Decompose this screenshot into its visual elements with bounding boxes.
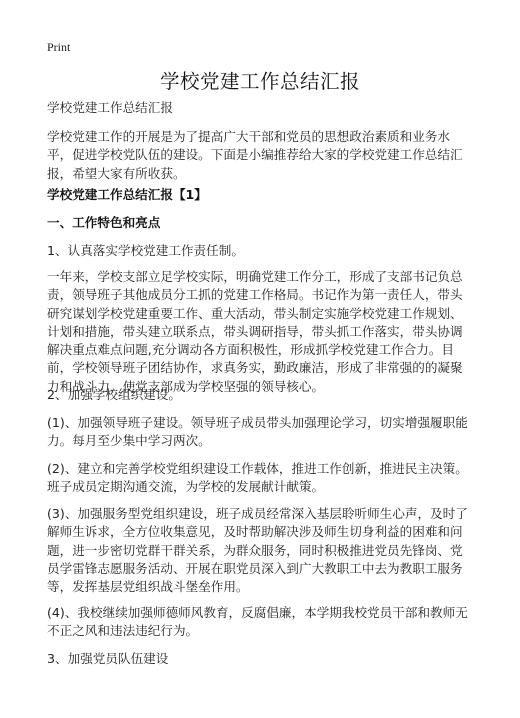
item-1-body: 一年来，学校支部立足学校实际，明确党建工作分工，形成了支部书记负总责，领导班子其… bbox=[47, 268, 472, 396]
part-heading: 一、工作特色和亮点 bbox=[47, 214, 472, 232]
item-3-heading: 3、加强党员队伍建设 bbox=[47, 650, 472, 668]
document-subtitle: 学校党建工作总结汇报 bbox=[47, 99, 472, 117]
section-heading: 学校党建工作总结汇报【1】 bbox=[47, 186, 472, 204]
item-1-heading: 1、认真落实学校党建工作责任制。 bbox=[47, 242, 472, 260]
intro-paragraph: 学校党建工作的开展是为了提高广大干部和党员的思想政治素质和业务水平，促进学校党队… bbox=[47, 128, 472, 183]
item-2-1: (1)、加强领导班子建设。领导班子成员带头加强理论学习，切实增强履职能力。每月至… bbox=[47, 414, 472, 451]
item-2-4: (4)、我校继续加强师德师风教育，反腐倡廉，本学期我校党员干部和教师无不正之风和… bbox=[47, 604, 472, 641]
document-title: 学校党建工作总结汇报 bbox=[0, 66, 520, 94]
print-label[interactable]: Print bbox=[47, 40, 70, 55]
item-2-heading: 2、加强学校组织建设。 bbox=[47, 386, 472, 404]
item-2-3: (3)、加强服务型党组织建设，班子成员经常深入基层聆听师生心声，及时了解师生诉求… bbox=[47, 505, 472, 596]
item-2-2: (2)、建立和完善学校党组织建设工作载体，推进工作创新，推进民主决策。班子成员定… bbox=[47, 460, 472, 497]
